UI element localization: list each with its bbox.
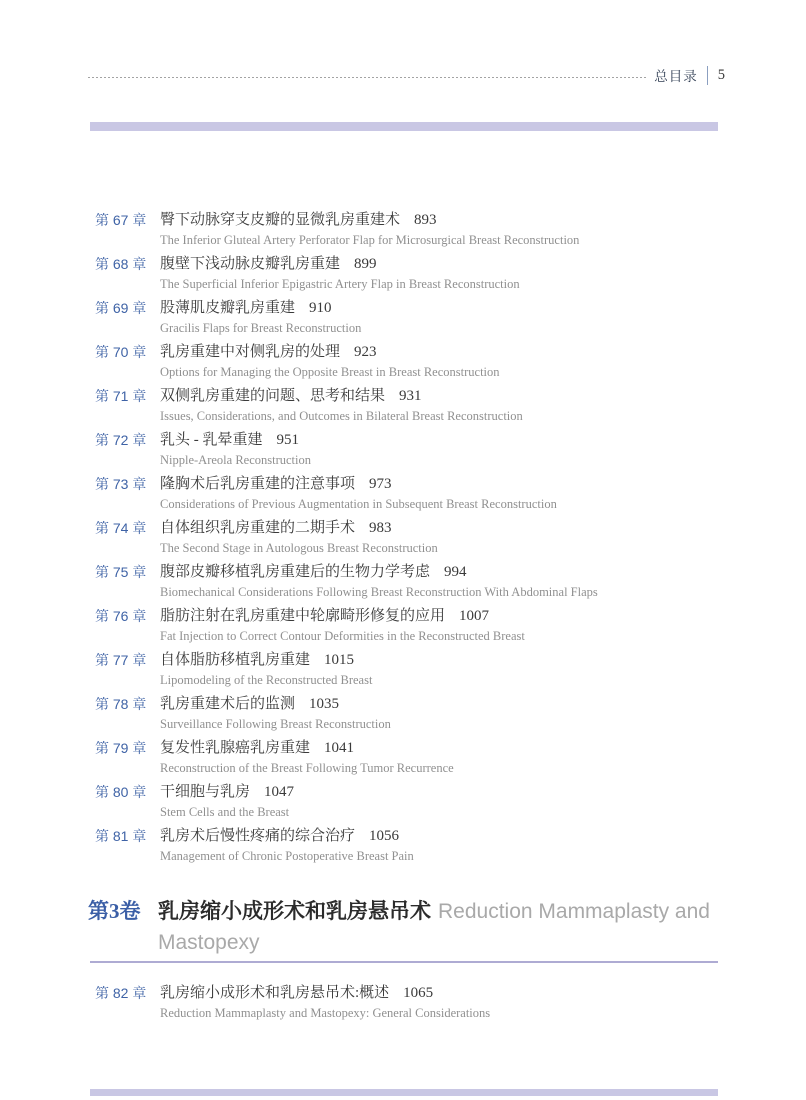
chapter-title: 乳房术后慢性疼痛的综合治疗 (160, 828, 355, 844)
top-decor-bar (90, 122, 718, 131)
chapter-title-line: 双侧乳房重建的问题、思考和结果931 (160, 387, 725, 406)
chapter-title: 乳房重建中对侧乳房的处理 (160, 344, 340, 360)
chapter-label: 第 72 章 (95, 431, 160, 450)
volume-rule (90, 961, 718, 963)
chapter-title: 乳头 - 乳晕重建 (160, 432, 263, 448)
chapter-title-line: 臀下动脉穿支皮瓣的显微乳房重建术893 (160, 211, 725, 230)
chapter-title: 隆胸术后乳房重建的注意事项 (160, 476, 355, 492)
chapter-title-line: 干细胞与乳房1047 (160, 783, 725, 802)
chapter-entry: 第 71 章双侧乳房重建的问题、思考和结果931Issues, Consider… (95, 387, 725, 424)
chapter-title: 自体脂肪移植乳房重建 (160, 652, 310, 668)
chapter-title: 复发性乳腺癌乳房重建 (160, 740, 310, 756)
chapter-subtitle: Stem Cells and the Breast (160, 804, 725, 820)
chapter-body: 腹部皮瓣移植乳房重建后的生物力学考虑994Biomechanical Consi… (160, 563, 725, 600)
chapter-body: 乳房术后慢性疼痛的综合治疗1056Management of Chronic P… (160, 827, 725, 864)
chapter-page: 994 (444, 564, 467, 580)
running-header: 总目录 5 (88, 64, 725, 86)
chapter-label: 第 80 章 (95, 783, 160, 802)
chapter-body: 乳房重建中对侧乳房的处理923Options for Managing the … (160, 343, 725, 380)
chapter-page: 1056 (369, 828, 399, 844)
bottom-decor-bar (90, 1089, 718, 1096)
chapter-title-line: 脂肪注射在乳房重建中轮廓畸形修复的应用1007 (160, 607, 725, 626)
chapter-entry: 第 76 章脂肪注射在乳房重建中轮廓畸形修复的应用1007Fat Injecti… (95, 607, 725, 644)
chapter-body: 乳房缩小成形术和乳房悬吊术:概述1065Reduction Mammaplast… (160, 984, 725, 1021)
chapter-title: 干细胞与乳房 (160, 784, 250, 800)
chapter-label: 第 79 章 (95, 739, 160, 758)
chapter-label: 第 73 章 (95, 475, 160, 494)
chapter-entry: 第 77 章自体脂肪移植乳房重建1015Lipomodeling of the … (95, 651, 725, 688)
chapter-subtitle: Considerations of Previous Augmentation … (160, 496, 725, 512)
chapter-subtitle: Fat Injection to Correct Contour Deformi… (160, 628, 725, 644)
chapter-title-line: 乳房术后慢性疼痛的综合治疗1056 (160, 827, 725, 846)
chapter-entry: 第 69 章股薄肌皮瓣乳房重建910Gracilis Flaps for Bre… (95, 299, 725, 336)
chapter-body: 复发性乳腺癌乳房重建1041Reconstruction of the Brea… (160, 739, 725, 776)
chapter-subtitle: Reconstruction of the Breast Following T… (160, 760, 725, 776)
chapter-label: 第 81 章 (95, 827, 160, 846)
chapter-page: 1035 (309, 696, 339, 712)
page-number: 5 (718, 67, 725, 84)
chapter-label: 第 76 章 (95, 607, 160, 626)
chapter-title: 双侧乳房重建的问题、思考和结果 (160, 388, 385, 404)
chapter-page: 983 (369, 520, 392, 536)
chapter-title: 乳房缩小成形术和乳房悬吊术:概述 (160, 985, 389, 1001)
chapter-subtitle: Options for Managing the Opposite Breast… (160, 364, 725, 380)
chapter-page: 1015 (324, 652, 354, 668)
chapter-title-line: 自体组织乳房重建的二期手术983 (160, 519, 725, 538)
volume-heading: 第3卷 乳房缩小成形术和乳房悬吊术Reduction Mammaplasty a… (88, 896, 720, 958)
chapter-page: 931 (399, 388, 422, 404)
chapter-title: 腹部皮瓣移植乳房重建后的生物力学考虑 (160, 564, 430, 580)
chapter-label: 第 70 章 (95, 343, 160, 362)
chapter-title: 乳房重建术后的监测 (160, 696, 295, 712)
header-dashed-rule (88, 77, 647, 78)
chapter-page: 1041 (324, 740, 354, 756)
chapter-title-line: 乳房重建术后的监测1035 (160, 695, 725, 714)
chapter-title-line: 腹壁下浅动脉皮瓣乳房重建899 (160, 255, 725, 274)
chapter-body: 干细胞与乳房1047Stem Cells and the Breast (160, 783, 725, 820)
chapter-title-line: 复发性乳腺癌乳房重建1041 (160, 739, 725, 758)
chapter-entry: 第 80 章干细胞与乳房1047Stem Cells and the Breas… (95, 783, 725, 820)
chapter-label: 第 69 章 (95, 299, 160, 318)
chapter-page: 910 (309, 300, 332, 316)
chapter-title: 脂肪注射在乳房重建中轮廓畸形修复的应用 (160, 608, 445, 624)
chapter-label: 第 78 章 (95, 695, 160, 714)
chapter-entry: 第 82 章乳房缩小成形术和乳房悬吊术:概述1065Reduction Mamm… (95, 984, 725, 1021)
chapter-entry: 第 81 章乳房术后慢性疼痛的综合治疗1056Management of Chr… (95, 827, 725, 864)
chapter-subtitle: Biomechanical Considerations Following B… (160, 584, 725, 600)
chapter-body: 乳房重建术后的监测1035Surveillance Following Brea… (160, 695, 725, 732)
chapter-title: 臀下动脉穿支皮瓣的显微乳房重建术 (160, 212, 400, 228)
volume-title: 乳房缩小成形术和乳房悬吊术 (158, 900, 431, 923)
chapter-subtitle: Lipomodeling of the Reconstructed Breast (160, 672, 725, 688)
chapter-body: 乳头 - 乳晕重建951Nipple-Areola Reconstruction (160, 431, 725, 468)
chapter-page: 951 (277, 432, 300, 448)
chapter-title: 股薄肌皮瓣乳房重建 (160, 300, 295, 316)
chapter-entry: 第 79 章复发性乳腺癌乳房重建1041Reconstruction of th… (95, 739, 725, 776)
chapter-title-line: 乳房缩小成形术和乳房悬吊术:概述1065 (160, 984, 725, 1003)
chapter-entry: 第 74 章自体组织乳房重建的二期手术983The Second Stage i… (95, 519, 725, 556)
chapter-title: 腹壁下浅动脉皮瓣乳房重建 (160, 256, 340, 272)
chapter-body: 自体脂肪移植乳房重建1015Lipomodeling of the Recons… (160, 651, 725, 688)
chapter-label: 第 68 章 (95, 255, 160, 274)
chapter-entry: 第 67 章臀下动脉穿支皮瓣的显微乳房重建术893The Inferior Gl… (95, 211, 725, 248)
chapter-label: 第 74 章 (95, 519, 160, 538)
chapter-page: 923 (354, 344, 377, 360)
chapter-page: 893 (414, 212, 437, 228)
chapter-body: 双侧乳房重建的问题、思考和结果931Issues, Considerations… (160, 387, 725, 424)
volume3-chapters-list: 第 82 章乳房缩小成形术和乳房悬吊术:概述1065Reduction Mamm… (95, 984, 725, 1028)
chapter-entry: 第 70 章乳房重建中对侧乳房的处理923Options for Managin… (95, 343, 725, 380)
chapter-subtitle: The Superficial Inferior Epigastric Arte… (160, 276, 725, 292)
chapter-title-line: 腹部皮瓣移植乳房重建后的生物力学考虑994 (160, 563, 725, 582)
chapter-entry: 第 75 章腹部皮瓣移植乳房重建后的生物力学考虑994Biomechanical… (95, 563, 725, 600)
volume-label: 第3卷 (88, 896, 158, 927)
chapter-label: 第 77 章 (95, 651, 160, 670)
chapter-body: 臀下动脉穿支皮瓣的显微乳房重建术893The Inferior Gluteal … (160, 211, 725, 248)
chapter-title-line: 股薄肌皮瓣乳房重建910 (160, 299, 725, 318)
chapter-body: 自体组织乳房重建的二期手术983The Second Stage in Auto… (160, 519, 725, 556)
chapter-title-line: 乳头 - 乳晕重建951 (160, 431, 725, 450)
chapter-subtitle: The Inferior Gluteal Artery Perforator F… (160, 232, 725, 248)
chapter-title-line: 乳房重建中对侧乳房的处理923 (160, 343, 725, 362)
chapter-body: 腹壁下浅动脉皮瓣乳房重建899The Superficial Inferior … (160, 255, 725, 292)
chapter-label: 第 71 章 (95, 387, 160, 406)
chapter-title-line: 隆胸术后乳房重建的注意事项973 (160, 475, 725, 494)
chapter-title-line: 自体脂肪移植乳房重建1015 (160, 651, 725, 670)
chapter-title: 自体组织乳房重建的二期手术 (160, 520, 355, 536)
chapter-subtitle: Nipple-Areola Reconstruction (160, 452, 725, 468)
page-number-separator (707, 66, 708, 85)
chapter-entry: 第 72 章乳头 - 乳晕重建951Nipple-Areola Reconstr… (95, 431, 725, 468)
chapter-subtitle: Reduction Mammaplasty and Mastopexy: Gen… (160, 1005, 725, 1021)
chapters-list: 第 67 章臀下动脉穿支皮瓣的显微乳房重建术893The Inferior Gl… (95, 211, 725, 871)
chapter-label: 第 67 章 (95, 211, 160, 230)
running-title: 总目录 (654, 65, 698, 85)
chapter-entry: 第 78 章乳房重建术后的监测1035Surveillance Followin… (95, 695, 725, 732)
chapter-subtitle: Surveillance Following Breast Reconstruc… (160, 716, 725, 732)
chapter-body: 隆胸术后乳房重建的注意事项973Considerations of Previo… (160, 475, 725, 512)
chapter-page: 1065 (403, 985, 433, 1001)
volume-title-wrap: 乳房缩小成形术和乳房悬吊术Reduction Mammaplasty and M… (158, 896, 720, 958)
chapter-page: 973 (369, 476, 392, 492)
chapter-entry: 第 73 章隆胸术后乳房重建的注意事项973Considerations of … (95, 475, 725, 512)
chapter-label: 第 75 章 (95, 563, 160, 582)
chapter-subtitle: Management of Chronic Postoperative Brea… (160, 848, 725, 864)
chapter-entry: 第 68 章腹壁下浅动脉皮瓣乳房重建899The Superficial Inf… (95, 255, 725, 292)
chapter-page: 1047 (264, 784, 294, 800)
chapter-subtitle: Issues, Considerations, and Outcomes in … (160, 408, 725, 424)
chapter-subtitle: The Second Stage in Autologous Breast Re… (160, 540, 725, 556)
chapter-page: 1007 (459, 608, 489, 624)
toc-page: 总目录 5 第 67 章臀下动脉穿支皮瓣的显微乳房重建术893The Infer… (0, 0, 806, 1100)
chapter-page: 899 (354, 256, 377, 272)
chapter-label: 第 82 章 (95, 984, 160, 1003)
chapter-body: 股薄肌皮瓣乳房重建910Gracilis Flaps for Breast Re… (160, 299, 725, 336)
chapter-body: 脂肪注射在乳房重建中轮廓畸形修复的应用1007Fat Injection to … (160, 607, 725, 644)
chapter-subtitle: Gracilis Flaps for Breast Reconstruction (160, 320, 725, 336)
